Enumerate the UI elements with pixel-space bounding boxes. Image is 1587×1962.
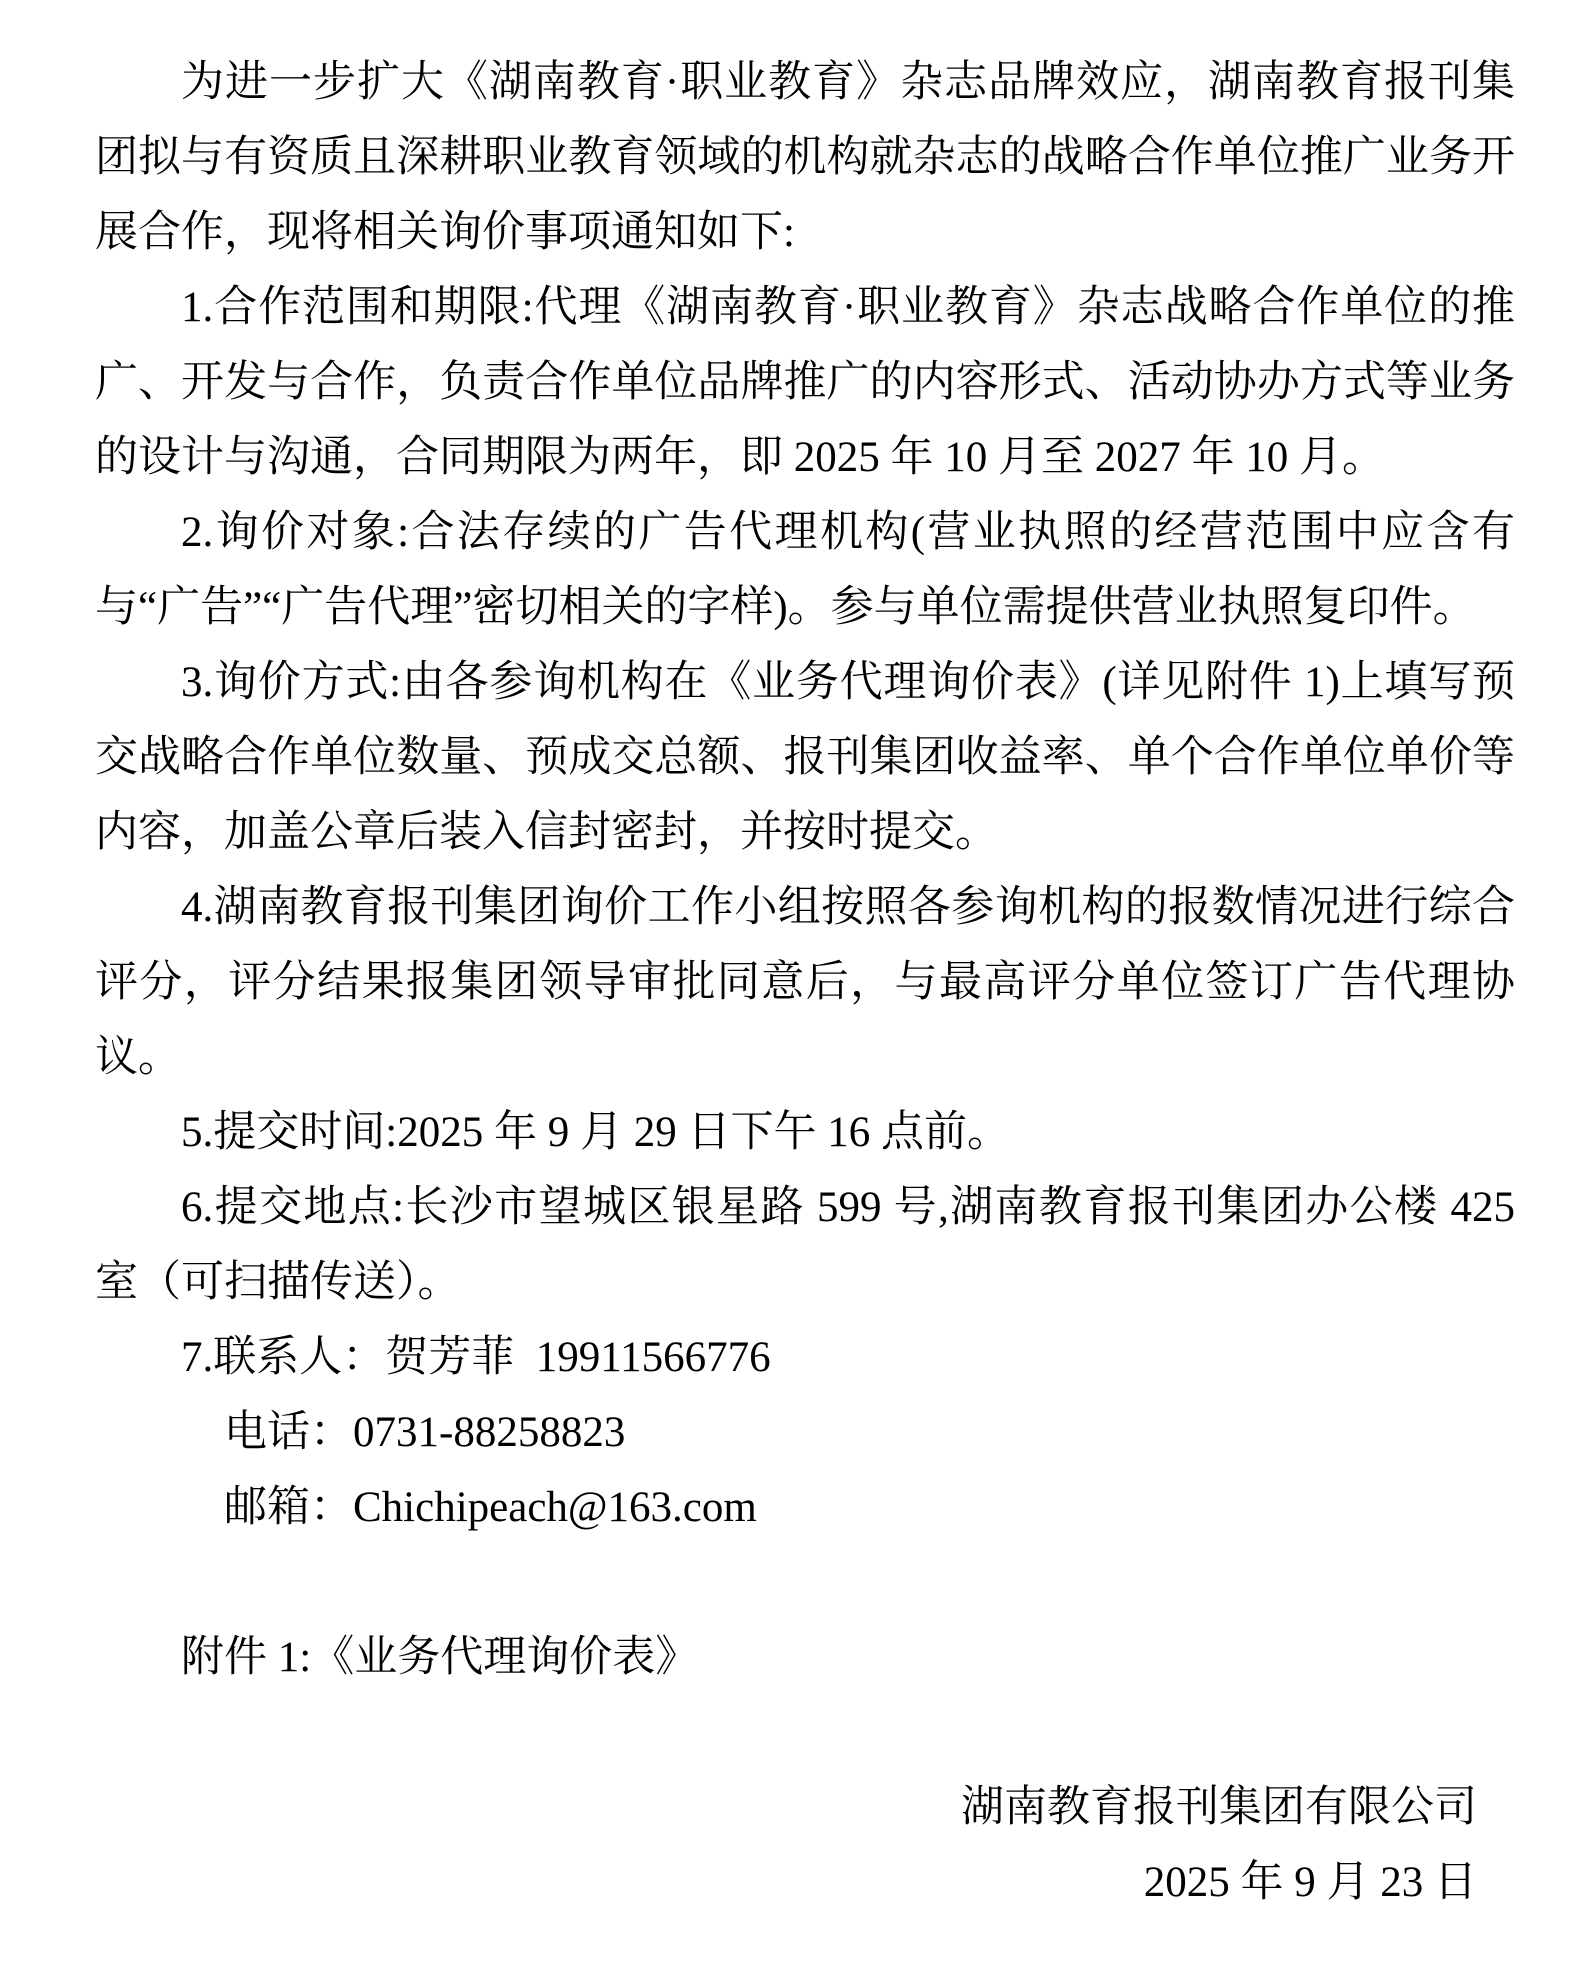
attachment-note: 附件 1:《业务代理询价表》 [95, 1620, 1515, 1695]
signature-company: 湖南教育报刊集团有限公司 [95, 1770, 1477, 1845]
intro-paragraph: 为进一步扩大《湖南教育·职业教育》杂志品牌效应，湖南教育报刊集团拟与有资质且深耕… [95, 45, 1515, 270]
item-4-scoring-process: 4.湖南教育报刊集团询价工作小组按照各参询机构的报数情况进行综合评分，评分结果报… [95, 870, 1515, 1095]
item-7-contact-person: 7.联系人：贺芳菲 19911566776 [95, 1320, 1515, 1395]
item-2-inquiry-targets: 2.询价对象:合法存续的广告代理机构(营业执照的经营范围中应含有与“广告”“广告… [95, 495, 1515, 645]
item-6-submission-address: 6.提交地点:长沙市望城区银星路 599 号,湖南教育报刊集团办公楼 425 室… [95, 1170, 1515, 1320]
signature-block: 湖南教育报刊集团有限公司 2025 年 9 月 23 日 [95, 1770, 1515, 1920]
contact-phone: 电话：0731-88258823 [95, 1395, 1515, 1470]
document-page: 为进一步扩大《湖南教育·职业教育》杂志品牌效应，湖南教育报刊集团拟与有资质且深耕… [0, 0, 1587, 1962]
item-1-cooperation-scope: 1.合作范围和期限:代理《湖南教育·职业教育》杂志战略合作单位的推广、开发与合作… [95, 270, 1515, 495]
item-5-submission-time: 5.提交时间:2025 年 9 月 29 日下午 16 点前。 [95, 1095, 1515, 1170]
item-3-inquiry-method: 3.询价方式:由各参询机构在《业务代理询价表》(详见附件 1)上填写预交战略合作… [95, 645, 1515, 870]
signature-date: 2025 年 9 月 23 日 [95, 1845, 1477, 1920]
contact-email: 邮箱：Chichipeach@163.com [95, 1470, 1515, 1545]
